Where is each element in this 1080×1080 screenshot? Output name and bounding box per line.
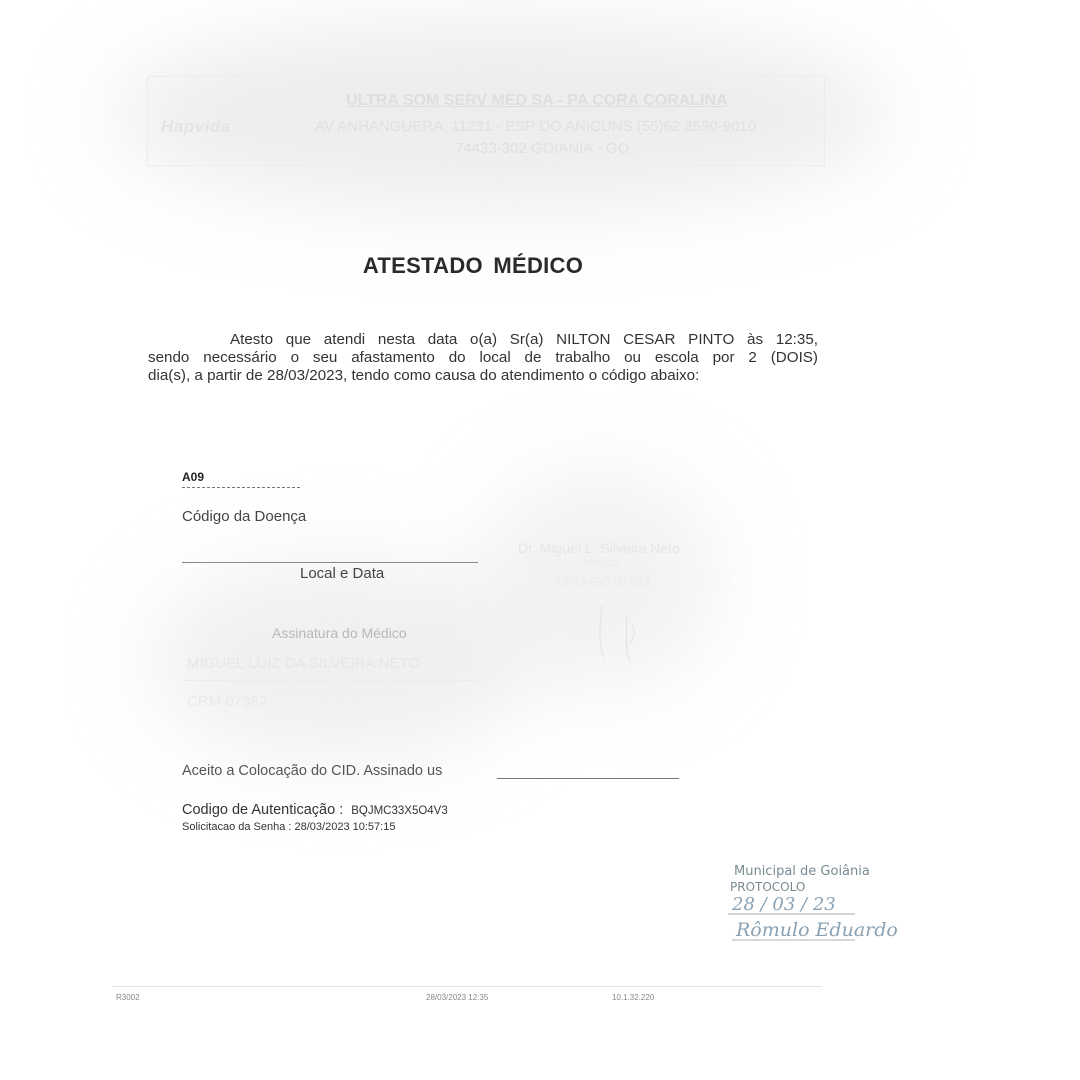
certificate-body: Atesto que atendi nesta data o(a) Sr(a) …	[148, 331, 818, 385]
password-request: Solicitacao da Senha : 28/03/2023 10:57:…	[182, 821, 395, 833]
disease-code-label: Código da Doença	[182, 508, 306, 525]
doctor-crm: CRM 07382	[187, 693, 267, 710]
acceptance-signature-line	[497, 778, 679, 779]
doctor-stamp-crm: CRM-GO 07382	[556, 574, 650, 589]
svg-text:Rômulo Eduardo: Rômulo Eduardo	[735, 919, 898, 941]
body-line: sendo necessário o seu afastamento do lo…	[148, 349, 818, 367]
svg-text:28 / 03 / 23: 28 / 03 / 23	[731, 894, 836, 915]
disease-code: A09	[182, 470, 204, 484]
body-line: dia(s), a partir de 28/03/2023, tendo co…	[148, 367, 818, 385]
signature-line	[183, 680, 479, 681]
clinic-name: ULTRA SOM SERV MED SA - PA CORA CORALINA	[346, 92, 728, 110]
authentication-row: Codigo de Autenticação :BQJMC33X5O4V3	[182, 802, 448, 818]
document-title: ATESTADO MÉDICO	[0, 253, 946, 279]
clinic-header: Hapvida ULTRA SOM SERV MED SA - PA CORA …	[147, 76, 825, 166]
doctor-stamp-name: Dr. Miguel L. Silveira Neto	[518, 540, 680, 556]
local-date-line	[182, 562, 478, 563]
clinic-logo: Hapvida	[161, 117, 231, 137]
clinic-address: AV ANHANGUERA, 11231 - ESP DO ANICUNS (5…	[315, 118, 756, 135]
authentication-code: BQJMC33X5O4V3	[351, 805, 448, 817]
doctor-signature-label: Assinatura do Médico	[272, 625, 407, 641]
cid-acceptance-label: Aceito a Colocação do CID. Assinado us	[182, 763, 442, 779]
clinic-city: 74433-302 GOIANIA - GO	[455, 140, 629, 157]
form-code: R3002	[116, 993, 140, 1002]
doctor-stamp-role: Médico	[583, 557, 618, 569]
doctor-name: MIGUEL LUIZ DA SILVEIRA NETO	[187, 655, 420, 672]
protocol-handwriting: 28 / 03 / 23 Rômulo Eduardo	[710, 890, 940, 950]
protocol-municipality: Municipal de Goiânia	[734, 864, 870, 879]
ip-address: 10.1.32.220	[612, 993, 654, 1002]
local-date-label: Local e Data	[300, 565, 384, 582]
doctor-signature-scribble	[590, 595, 650, 665]
print-timestamp: 28/03/2023 12:35	[426, 993, 488, 1002]
authentication-label: Codigo de Autenticação :	[182, 802, 343, 818]
body-line: Atesto que atendi nesta data o(a) Sr(a) …	[148, 331, 818, 349]
dashed-divider	[182, 487, 300, 488]
footer-divider	[112, 986, 822, 987]
